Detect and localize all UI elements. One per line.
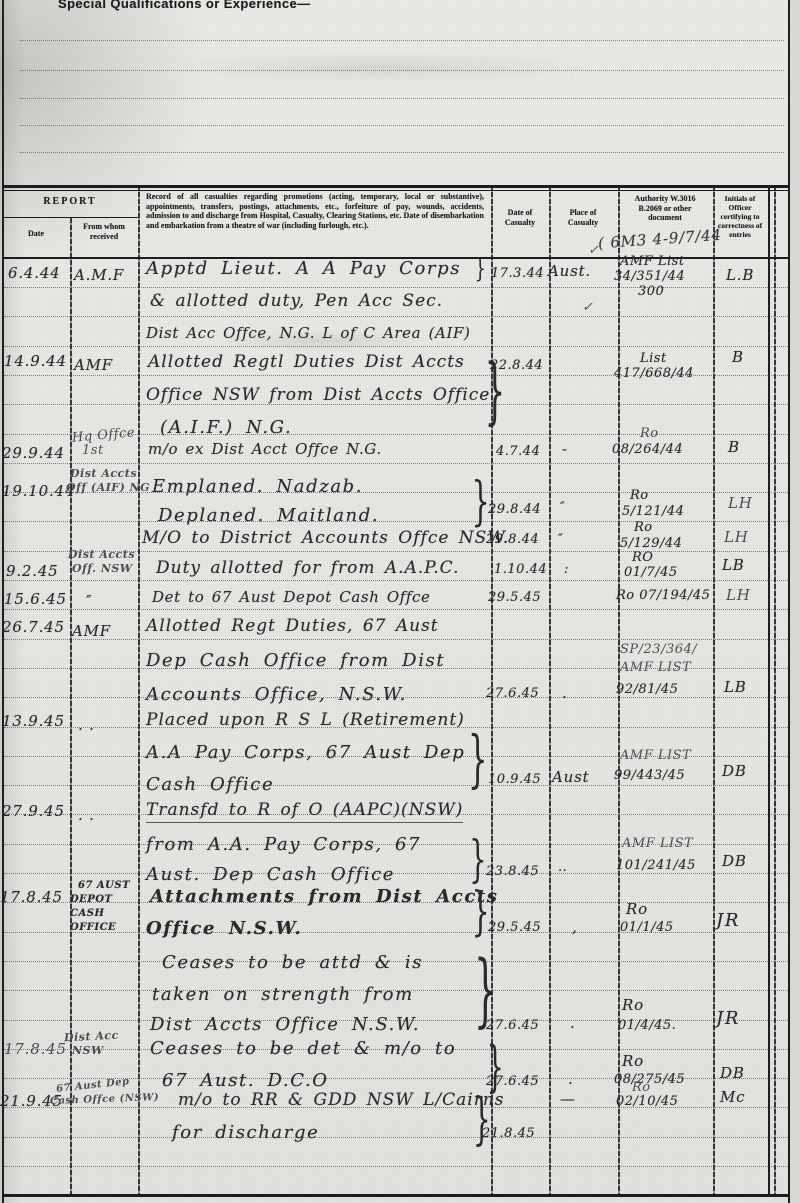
ruled-line xyxy=(4,609,788,610)
entry-from: Dist Accts xyxy=(68,548,135,561)
entry-authority: 417/668/44 xyxy=(614,366,694,381)
entry-description: Attachments from Dist Accts xyxy=(150,886,499,907)
entry-place: .. xyxy=(558,860,567,875)
entry-description: Duty allotted for from A.A.P.C. xyxy=(156,558,459,578)
entry-authority: 92/81/45 xyxy=(616,682,678,697)
entry-initials: DB xyxy=(720,1064,745,1082)
entry-description: Deplaned. Maitland. xyxy=(158,505,379,526)
entry-initials: B xyxy=(728,438,740,456)
brace-mark: } xyxy=(471,886,489,938)
column-line xyxy=(549,185,551,1196)
entry-place: - xyxy=(562,440,568,458)
entry-from: A.M.F xyxy=(74,266,124,284)
entry-from: . . xyxy=(78,806,95,824)
service-record-page: Special Qualifications or Experience— RE… xyxy=(0,0,800,1203)
ruled-line xyxy=(4,639,788,640)
entry-authority: Ro xyxy=(640,426,659,441)
entry-place: . xyxy=(568,1070,574,1088)
ruled-line xyxy=(4,463,788,464)
entry-initials: JR xyxy=(716,1008,740,1029)
entry-authority: 01/7/45 xyxy=(624,565,678,580)
entry-casualty-date: 23.8.45 xyxy=(486,864,539,879)
entry-place: Aust xyxy=(552,768,589,786)
entry-casualty-date: 27.6.45 xyxy=(486,1074,539,1089)
entry-authority: Ro xyxy=(632,1080,651,1095)
ruled-line xyxy=(20,40,784,41)
entry-initials: LH xyxy=(724,528,749,546)
entry-from: Dist Accts xyxy=(70,467,137,480)
entry-description: m/o ex Dist Acct Offce N.G. xyxy=(148,440,382,458)
entry-from: Off (AIF) NG xyxy=(66,481,150,494)
entry-from: CASH xyxy=(70,908,104,919)
entry-description: Dep Cash Office from Dist xyxy=(146,650,445,671)
right-table-border-inner xyxy=(774,185,776,1196)
entry-casualty-date: 4.7.44 xyxy=(496,444,540,459)
entry-authority: 01/4/45. xyxy=(618,1018,676,1033)
date-column-header: Date xyxy=(4,229,68,239)
entry-date: 17.8.45 xyxy=(0,888,63,906)
entry-from: 67 AUST xyxy=(78,880,130,891)
entry-place: Aust. xyxy=(548,262,591,280)
ruled-line xyxy=(4,521,788,522)
entry-description: Accounts Office, N.S.W. xyxy=(146,684,407,705)
entry-initials: LH xyxy=(728,494,753,512)
entry-from: DEPOT xyxy=(70,894,112,905)
entry-authority: 99/443/45 xyxy=(614,768,685,783)
entry-initials: JR xyxy=(716,910,740,931)
entry-authority: SP/23/364/ xyxy=(620,642,697,657)
entry-authority: List xyxy=(640,351,667,366)
entry-description: Office N.S.W. xyxy=(146,918,302,939)
entry-from: NSW xyxy=(72,1044,104,1057)
ruled-line xyxy=(20,98,784,99)
entry-authority: Ro 07/194/45 xyxy=(616,588,710,603)
entry-description: for discharge xyxy=(172,1122,319,1143)
entry-initials: LB xyxy=(724,678,747,696)
entry-place: — xyxy=(560,1090,576,1108)
entry-description: & allotted duty, Pen Acc Sec. xyxy=(150,291,443,311)
ruled-line xyxy=(4,785,788,786)
entry-from: AMF xyxy=(72,622,111,640)
entry-place: ″ xyxy=(560,500,565,515)
entry-description: Apptd Lieut. A A Pay Corps xyxy=(146,258,461,279)
entry-initials: B xyxy=(732,348,744,366)
entry-authority: AMF LIST xyxy=(620,660,691,675)
entry-description: A.A Pay Corps, 67 Aust Dep xyxy=(146,742,465,763)
entry-initials: LB xyxy=(722,556,745,574)
entry-date: 6.4.44 xyxy=(8,264,61,282)
entry-date: 19.10.44 xyxy=(2,482,75,500)
entry-place: : xyxy=(564,562,569,577)
table-top-border-inner xyxy=(2,190,791,191)
entry-description: Emplaned. Nadzab. xyxy=(152,476,363,497)
record-column-header: Record of all casualties regarding promo… xyxy=(146,192,484,230)
entry-authority: AMF LIST xyxy=(620,748,691,763)
table-bottom-border xyxy=(2,1194,791,1197)
entry-description: M/O to District Accounts Offce NSW. xyxy=(142,528,509,548)
initials-column-header: Initials of Officer certifying to correc… xyxy=(716,194,764,239)
ruled-line xyxy=(20,125,784,126)
entry-casualty-date: 10.9.45 xyxy=(488,772,541,787)
entry-date: 17.8.45 xyxy=(4,1040,67,1058)
column-line xyxy=(713,185,715,1196)
entry-initials: L.B xyxy=(726,266,754,284)
entry-from: Off. NSW xyxy=(72,562,133,575)
entry-from: OFFICE xyxy=(70,922,116,933)
entry-from: ″ xyxy=(86,592,92,610)
entry-authority: 5/121/44 xyxy=(622,504,684,519)
entry-description: Transfd to R of O (AAPC)(NSW) xyxy=(146,800,463,823)
ruled-line xyxy=(4,316,788,317)
casualty-place-column-header: Place of Casualty xyxy=(556,208,610,227)
brace-mark: } xyxy=(474,256,486,282)
entry-description: Placed upon R S L (Retirement) xyxy=(146,710,465,730)
entry-initials: LH xyxy=(726,586,751,604)
authority-scribble: ( 6M3 4-9/7/44 xyxy=(598,226,723,253)
from-whom-column-header: From whom received xyxy=(78,222,130,241)
entry-description: Allotted Regt Duties, 67 Aust xyxy=(146,616,439,636)
entry-authority: 02/10/45 xyxy=(616,1094,678,1109)
entry-from: AMF xyxy=(74,356,113,374)
entry-authority: Ro xyxy=(622,1052,644,1070)
entry-authority: 34/351/44 xyxy=(614,269,685,284)
ruled-line xyxy=(20,70,784,71)
entry-date: 9.2.45 xyxy=(6,562,59,580)
ruled-line xyxy=(4,1137,788,1138)
table-top-border xyxy=(2,185,791,188)
entry-authority: Ro xyxy=(634,520,653,535)
scan-edge xyxy=(790,0,800,1203)
right-table-border xyxy=(768,185,770,1196)
entry-from: 1st xyxy=(82,443,104,458)
entry-date: 27.9.45 xyxy=(2,802,65,820)
entry-place: ″ xyxy=(558,532,563,547)
ruled-line xyxy=(4,287,788,288)
entry-authority: RO xyxy=(632,550,653,565)
entry-description: taken on strength from xyxy=(152,984,414,1005)
entry-casualty-date: 29.5.45 xyxy=(488,590,541,605)
entry-authority: 300 xyxy=(638,284,664,299)
brace-mark: } xyxy=(471,476,489,528)
entry-description: (A.I.F.) N.G. xyxy=(160,417,292,438)
ruled-line xyxy=(4,1166,788,1167)
entry-authority: 08/264/44 xyxy=(612,442,683,457)
authority-column-header: Authority W.3016 B.2069 or other documen… xyxy=(634,194,696,223)
entry-description: Dist Acc Offce, N.G. L of C Area (AIF) xyxy=(146,324,470,342)
entry-authority: Ro xyxy=(622,996,644,1014)
entry-description: from A.A. Pay Corps, 67 xyxy=(146,834,421,855)
entry-casualty-date: 29.8.44 xyxy=(486,532,539,547)
entry-date: 15.6.45 xyxy=(4,590,67,608)
entry-authority: 5/129/44 xyxy=(620,536,682,551)
special-qualifications-label: Special Qualifications or Experience— xyxy=(58,0,311,11)
bleedthrough-smudge xyxy=(160,52,600,82)
casualty-date-column-header: Date of Casualty xyxy=(496,208,544,227)
entry-place: . xyxy=(562,684,568,702)
entry-casualty-date: 1.10.44 xyxy=(494,562,547,577)
entry-description: Allotted Regtl Duties Dist Accts xyxy=(148,352,465,372)
entry-authority: 101/241/45 xyxy=(616,858,696,873)
entry-initials: DB xyxy=(722,852,747,870)
brace-mark: } xyxy=(468,728,488,790)
entry-date: 13.9.45 xyxy=(2,712,65,730)
entry-casualty-date: 29.8.44 xyxy=(488,502,541,517)
entry-authority: 01/1/45 xyxy=(620,920,674,935)
entry-description: Ceases to be attd & is xyxy=(162,952,423,973)
entry-initials: Mc xyxy=(720,1088,745,1106)
entry-description: Cash Office xyxy=(146,774,274,795)
entry-description: Ceases to be det & m/o to xyxy=(150,1038,456,1059)
entry-casualty-date: 29.5.45 xyxy=(488,920,541,935)
entry-authority: AMF LIST xyxy=(622,836,693,851)
entry-casualty-date: 17.3.44 xyxy=(491,266,544,281)
entry-casualty-date: 21.8.45 xyxy=(482,1126,535,1141)
entry-description: Office NSW from Dist Accts Office xyxy=(146,385,490,405)
entry-description: Aust. Dep Cash Office xyxy=(146,864,395,885)
report-header: REPORT xyxy=(2,196,138,207)
entry-authority: Ro xyxy=(630,488,649,503)
entry-place: . xyxy=(570,1014,576,1032)
check-mark: ✓ xyxy=(582,300,593,315)
ruled-line xyxy=(4,873,788,874)
column-line xyxy=(138,185,140,1196)
entry-place: , xyxy=(572,918,578,936)
entry-date: 14.9.44 xyxy=(4,352,67,370)
entry-from: Dist Acc xyxy=(64,1029,119,1045)
brace-mark: } xyxy=(469,834,486,884)
ruled-line xyxy=(20,152,784,153)
ruled-line xyxy=(4,580,788,581)
entry-from: . . xyxy=(78,716,95,734)
check-mark: ✓ xyxy=(588,243,599,258)
entry-from: Cash Offce (NSW) xyxy=(50,1092,159,1107)
entry-authority: AMF List xyxy=(620,254,685,269)
entry-authority: Ro xyxy=(626,900,648,918)
entry-description: Det to 67 Aust Depot Cash Offce xyxy=(152,588,431,606)
entry-date: 29.9.44 xyxy=(2,444,65,462)
entry-casualty-date: 27.6.45 xyxy=(486,1018,539,1033)
entry-description: 67 Aust. D.C.O xyxy=(162,1070,329,1091)
entry-initials: DB xyxy=(722,762,747,780)
ruled-line xyxy=(4,346,788,347)
entry-date: 26.7.45 xyxy=(2,618,65,636)
entry-casualty-date: 27.6.45 xyxy=(486,686,539,701)
entry-description: m/o to RR & GDD NSW L/Cairns xyxy=(178,1090,505,1110)
entry-description: Dist Accts Office N.S.W. xyxy=(150,1014,420,1035)
entry-casualty-date: 22.8.44 xyxy=(490,358,543,373)
